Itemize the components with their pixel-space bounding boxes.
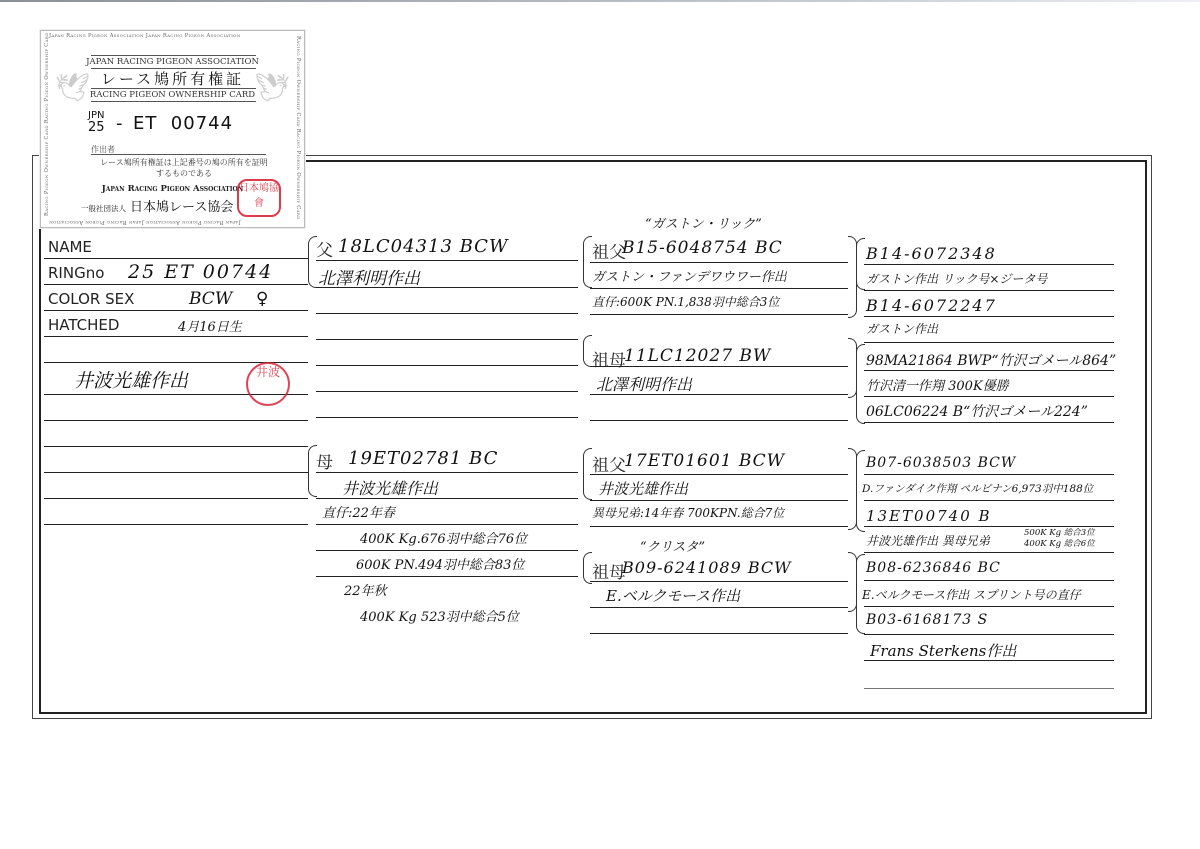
rule (864, 660, 1114, 661)
card-association-name: 日本鳩レース協会 (130, 200, 233, 215)
rule (316, 472, 578, 473)
dd-dam-note: Frans Sterkens作出 (870, 640, 1016, 661)
card-ring-year: 25 (88, 121, 105, 134)
blank-row (44, 472, 308, 499)
dam-sire-label: 祖父 (592, 451, 626, 476)
ds-sire-ring: B07-6038503 BCW (866, 455, 1016, 471)
rule (590, 581, 848, 582)
card-note: レース鳩所有権証は上記番号の鳩の所有を証明するものである (99, 157, 269, 179)
rule (590, 262, 848, 263)
rule (864, 264, 1114, 265)
dam-dam-ring: B09-6241089 BCW (622, 558, 792, 577)
rule (864, 422, 1114, 423)
dam-label: 母 (316, 448, 333, 473)
dam-ring: 19ET02781 BC (348, 448, 498, 469)
ownership-card: Japan Racing Pigeon Association Japan Ra… (40, 30, 305, 228)
ds-dam-ring: 13ET00740 B (866, 507, 992, 525)
dam-dam-nickname: “クリスタ” (640, 536, 705, 555)
rule (316, 287, 578, 288)
sire-breeder: 北澤利明作出 (318, 264, 420, 289)
color-sex-row: COLOR SEX BCW ♀ (44, 284, 308, 311)
ss-sire-note: ガストン作出 リック号×ジータ号 (866, 270, 1047, 287)
card-rule (91, 101, 256, 102)
rule (590, 366, 848, 367)
dam-breeder: 井波光雄作出 (342, 476, 438, 499)
granddam-bracket (583, 552, 592, 584)
sire-sire-ring: B15-6048754 BC (622, 238, 783, 258)
rule (864, 552, 1114, 553)
rule (316, 524, 578, 525)
sd-sire-ring: 98MA21864 BWP“竹沢ゴメール864” (866, 350, 1116, 370)
rule (590, 394, 848, 395)
rule (590, 288, 848, 289)
rule (864, 500, 1114, 501)
granddam-bracket (583, 335, 592, 367)
dam-dam-label: 祖母 (592, 558, 626, 583)
sire-dam-breeder: 北澤利明作出 (596, 372, 692, 395)
sire-ring: 18LC04313 BCW (338, 236, 508, 257)
rule (864, 396, 1114, 397)
ring-row: RINGno 25 ET 00744 (44, 258, 308, 285)
rule (864, 290, 1114, 291)
sire-sire-label: 祖父 (592, 238, 626, 263)
rule (316, 550, 578, 551)
ss-sire-ring: B14-6072348 (866, 244, 997, 263)
blank-row (44, 336, 308, 363)
rule (590, 607, 848, 608)
sire-sire-nickname: “ガストン・リック” (645, 213, 762, 232)
rule (864, 580, 1114, 581)
rule (590, 420, 848, 421)
rule (864, 474, 1114, 475)
sd-sire-note: 竹沢清一作翔 300K優勝 (866, 375, 1009, 394)
breeder-stamp: 井波 (246, 362, 290, 406)
dam-result: 400K Kg.676羽中総合76位 (360, 528, 527, 547)
ds-sire-note: D.ファンダイク作翔 ペルピナン6,973羽中188位 (862, 481, 1093, 496)
rule (864, 688, 1114, 689)
card-title-ja: レース鳩所有権証 (41, 68, 304, 89)
sire-dam-ring: 11LC12027 BW (624, 346, 771, 366)
dam-progeny-heading: 直仔:22年春 (322, 502, 395, 521)
dam-result-heading: 22年秋 (344, 580, 387, 599)
dam-sire-result: 異母兄弟:14年春 700KPN.総合7位 (592, 504, 784, 521)
card-border-top: Japan Racing Pigeon Association Japan Ra… (49, 33, 241, 39)
rule (864, 606, 1114, 607)
sex-value: ♀ (256, 289, 268, 309)
hatched-label: HATCHED (48, 316, 119, 334)
ds-dam-result: 400K Kg 総合6位 (1024, 537, 1095, 549)
hatched-row: HATCHED 4月16日生 (44, 310, 308, 337)
color-value: BCW (189, 289, 232, 309)
blank-row (44, 498, 308, 525)
card-ring-dash: - (116, 113, 123, 134)
association-seal: 日本鳩協會 (237, 179, 281, 217)
ss-dam-note: ガストン作出 (866, 320, 938, 337)
rule (316, 391, 578, 392)
card-rule (91, 154, 266, 155)
dd-dam-ring: B03-6168173 S (866, 612, 988, 628)
card-association-en: JAPAN RACING PIGEON ASSOCIATION (41, 57, 304, 67)
dd-sire-ring: B08-6236846 BC (866, 560, 1001, 576)
card-association-ja: 一般社団法人日本鳩レース協会 (81, 196, 233, 215)
dam-sire-ring: 17ET01601 BCW (624, 451, 785, 471)
ring-label: RINGno (48, 264, 104, 282)
name-row: NAME (44, 232, 308, 259)
hatched-value: 4月16日生 (178, 316, 242, 335)
subject-breeder: 井波光雄作出 (74, 366, 188, 393)
rule (590, 526, 848, 527)
rule (316, 313, 578, 314)
rule (590, 474, 848, 475)
card-rule (91, 55, 256, 56)
color-sex-label: COLOR SEX (48, 290, 134, 308)
dam-sire-breeder: 井波光雄作出 (598, 478, 688, 499)
card-ring-code: ET 00744 (133, 113, 233, 134)
card-border-bottom: Japan Racing Pigeon Association Japan Ra… (49, 219, 241, 225)
scan-edge (0, 0, 1200, 2)
rule (590, 500, 848, 501)
blank-row (44, 446, 308, 473)
card-association-prefix: 一般社団法人 (81, 204, 126, 213)
rule (590, 633, 848, 634)
sire-dam-label: 祖母 (592, 346, 626, 371)
dam-result: 400K Kg 523羽中総合5位 (360, 606, 519, 625)
rule (864, 342, 1114, 343)
dam-dam-breeder: E.ベルクモース作出 (606, 585, 740, 606)
rule (316, 417, 578, 418)
dam-result: 600K PN.494羽中総合83位 (356, 554, 524, 573)
ds-dam-note: 井波光雄作出 異母兄弟 (866, 532, 990, 549)
name-label: NAME (48, 238, 92, 256)
card-rule (91, 88, 256, 89)
rule (316, 576, 578, 577)
rule (864, 370, 1114, 371)
ring-value: 25 ET 00744 (128, 261, 273, 283)
rule (316, 260, 578, 261)
rule (316, 498, 578, 499)
rule (590, 314, 848, 315)
card-title-en: RACING PIGEON OWNERSHIP CARD (41, 90, 304, 100)
dd-sire-note: E.ベルクモース作出 スプリント号の直仔 (862, 586, 1081, 603)
rule (864, 316, 1114, 317)
bracket (856, 344, 865, 424)
blank-row (44, 420, 308, 447)
sire-sire-result: 直仔:600K PN.1,838羽中総合3位 (592, 293, 779, 310)
sire-label: 父 (316, 236, 333, 261)
rule (316, 365, 578, 366)
ss-dam-ring: B14-6072247 (866, 296, 997, 315)
rule (864, 634, 1114, 635)
rule (316, 339, 578, 340)
sire-sire-breeder: ガストン・ファンデワウワー作出 (592, 266, 787, 285)
sd-dam-ring: 06LC06224 B“竹沢ゴメール224” (866, 401, 1088, 421)
